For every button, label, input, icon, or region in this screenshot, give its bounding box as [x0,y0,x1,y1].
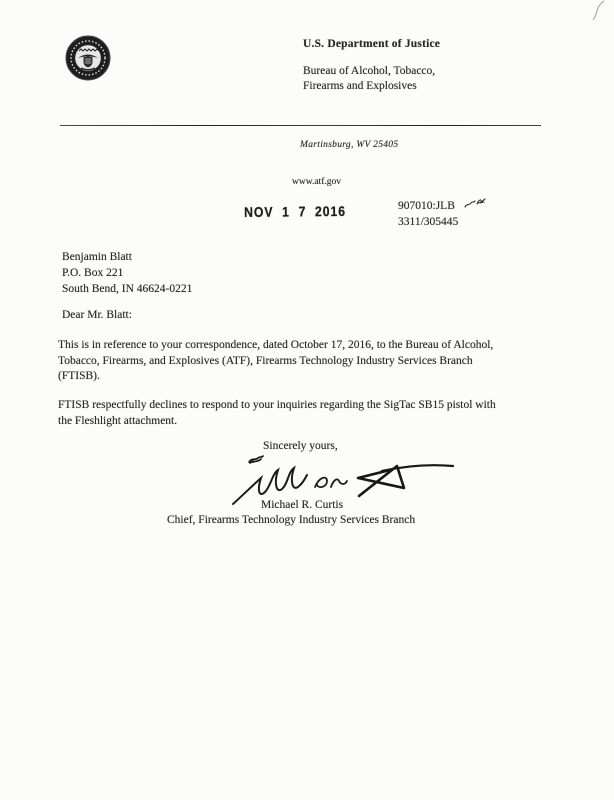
recipient-name: Benjamin Blatt [62,249,192,265]
office-location: Martinsburg, WV 25405 [300,140,398,150]
reference-number: 907010:JLB [398,199,455,215]
bureau-line: Firearms and Explosives [303,79,435,94]
body-line: the Fleshlight attachment. [58,414,568,430]
closing-phrase: Sincerely yours, [263,440,338,452]
signer-title: Chief, Firearms Technology Industry Serv… [167,514,415,526]
body-line: (FTISB). [58,369,568,385]
recipient-address-line: South Bend, IN 46624-0221 [62,281,192,297]
body-line: FTISB respectfully declines to respond t… [58,398,568,414]
date-received-stamp: NOV 1 7 2016 [244,203,346,220]
body-paragraph-2: FTISB respectfully declines to respond t… [58,398,568,429]
signer-name: Michael R. Curtis [261,499,343,511]
body-line: This is in reference to your corresponde… [58,338,568,354]
recipient-address: Benjamin Blatt P.O. Box 221 South Bend, … [62,249,192,297]
recipient-address-line: P.O. Box 221 [62,265,192,281]
doj-seal-icon [64,34,112,87]
body-paragraph-1: This is in reference to your corresponde… [58,338,568,385]
scan-artifact-mark [580,0,610,33]
reference-number: 3311/305445 [398,215,458,231]
salutation: Dear Mr. Blatt: [62,309,132,321]
bureau-line: Bureau of Alcohol, Tobacco, [303,64,435,79]
bureau-name: Bureau of Alcohol, Tobacco, Firearms and… [303,64,435,94]
reference-block: 907010:JLB 3311/305445 [398,199,458,230]
website-text: www.atf.gov [292,177,341,187]
header-divider [60,125,541,126]
letter-document: U.S. Department of Justice Bureau of Alc… [0,0,614,800]
body-line: Tobacco, Firearms, and Explosives (ATF),… [58,354,568,370]
agency-title: U.S. Department of Justice [303,38,440,50]
handwritten-initials-icon [464,197,486,215]
